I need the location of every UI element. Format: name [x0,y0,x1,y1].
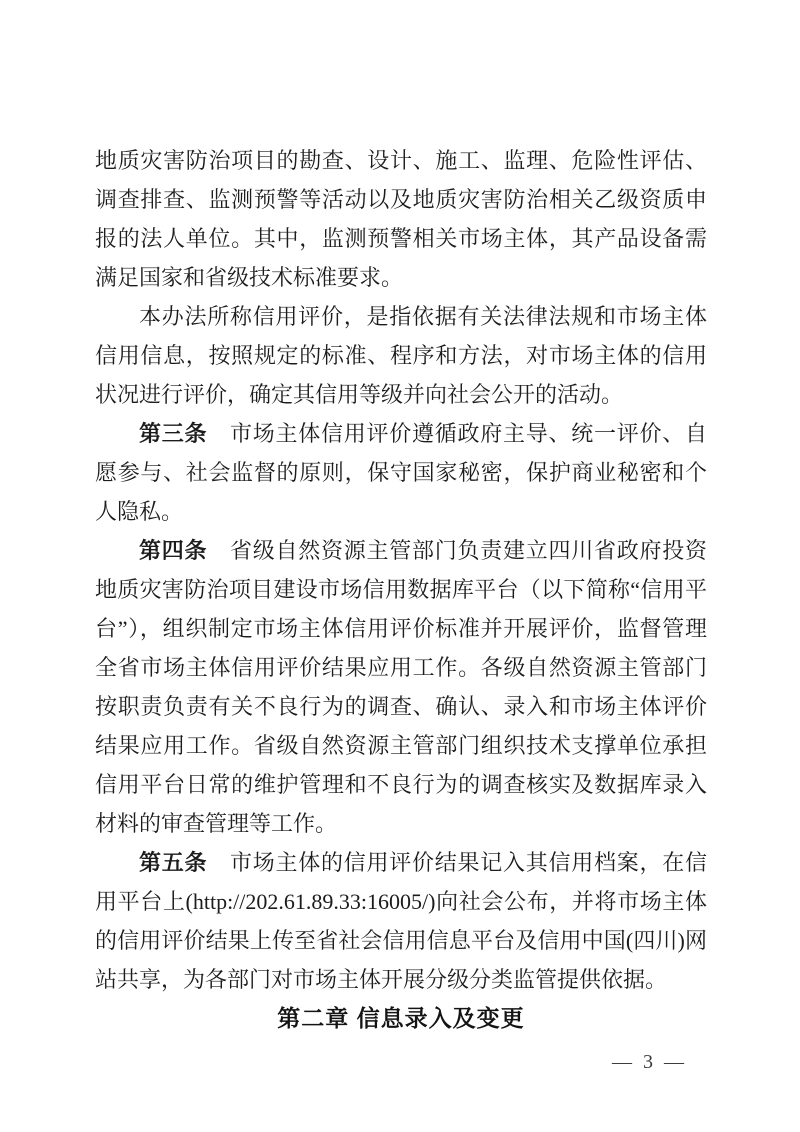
article-number-label: 第四条 [139,538,207,563]
paragraph-text: 本办法所称信用评价，是指依据有关法律法规和市场主体信用信息，按照规定的标准、程序… [95,304,707,407]
paragraph-text: 省级自然资源主管部门负责建立四川省政府投资地质灾害防治项目建设市场信用数据库平台… [95,538,707,836]
paragraph-text: 地质灾害防治项目的勘查、设计、施工、监理、危险性评估、调查排查、监测预警等活动以… [95,148,707,290]
paragraph: 地质灾害防治项目的勘查、设计、施工、监理、危险性评估、调查排查、监测预警等活动以… [95,141,707,297]
paragraph: 第四条 省级自然资源主管部门负责建立四川省政府投资地质灾害防治项目建设市场信用数… [95,531,707,843]
page-number: — 3 — [612,1047,687,1077]
chapter-heading: 第二章 信息录入及变更 [95,999,707,1038]
paragraph: 第三条 市场主体信用评价遵循政府主导、统一评价、自愿参与、社会监督的原则，保守国… [95,414,707,531]
document-page: 地质灾害防治项目的勘查、设计、施工、监理、危险性评估、调查排查、监测预警等活动以… [0,0,800,1132]
paragraph-list: 地质灾害防治项目的勘查、设计、施工、监理、危险性评估、调查排查、监测预警等活动以… [95,141,707,999]
paragraph: 本办法所称信用评价，是指依据有关法律法规和市场主体信用信息，按照规定的标准、程序… [95,297,707,414]
article-number-label: 第五条 [139,850,207,875]
paragraph: 第五条 市场主体的信用评价结果记入其信用档案，在信用平台上(http://202… [95,843,707,999]
article-number-label: 第三条 [139,421,207,446]
document-body: 地质灾害防治项目的勘查、设计、施工、监理、危险性评估、调查排查、监测预警等活动以… [95,141,707,1038]
